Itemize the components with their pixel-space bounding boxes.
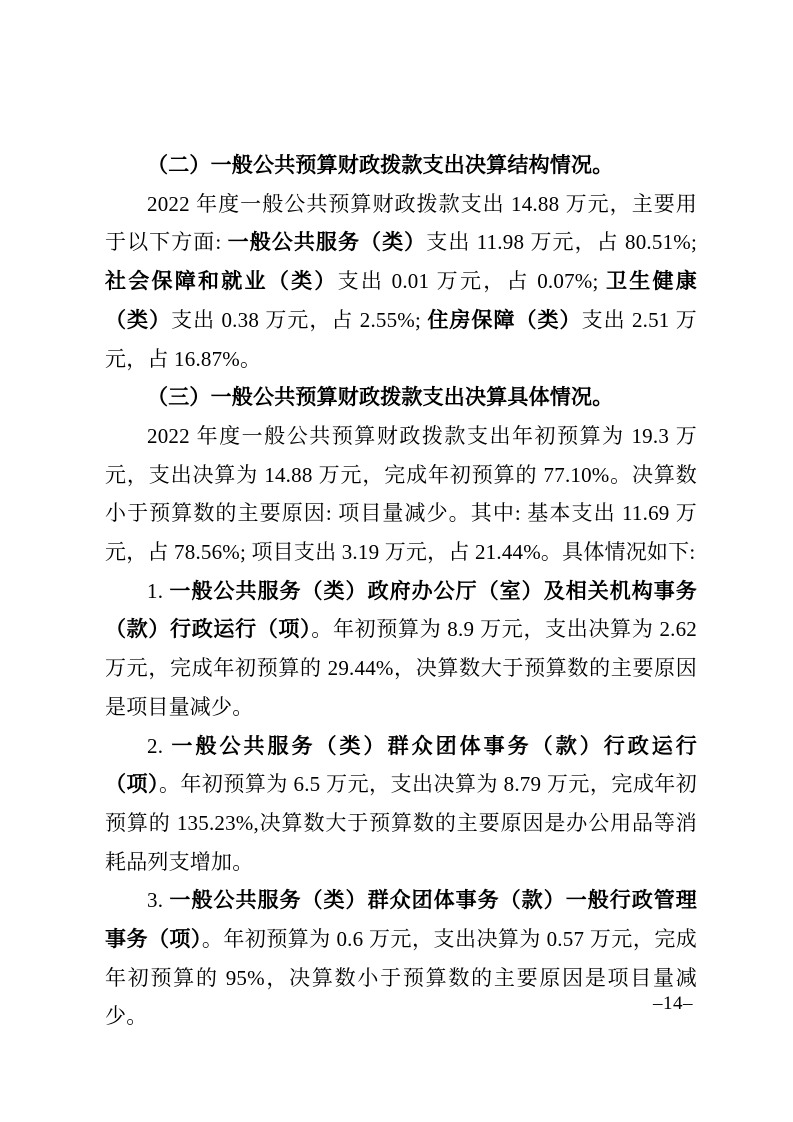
page-number: –14– — [653, 993, 693, 1015]
paragraph: 2022 年度一般公共预算财政拨款支出 14.88 万元，主要用于以下方面: 一… — [105, 185, 697, 379]
body-text: 支出 0.38 万元，占 2.55%; — [171, 308, 427, 332]
body-text: 2. — [147, 734, 171, 758]
section-heading: （二）一般公共预算财政拨款支出决算结构情况。 — [105, 146, 697, 185]
emphasis-text: （二）一般公共预算财政拨款支出决算结构情况。 — [147, 153, 613, 177]
body-text: 支出 11.98 万元，占 80.51%; — [426, 230, 697, 254]
emphasis-text: 社会保障和就业（类） — [105, 269, 338, 293]
body-text: 2022 年度一般公共预算财政拨款支出年初预算为 19.3 万元，支出决算为 1… — [105, 424, 697, 564]
paragraph: 2022 年度一般公共预算财政拨款支出年初预算为 19.3 万元，支出决算为 1… — [105, 417, 697, 572]
body-text: 。年初预算为 6.5 万元，支出决算为 8.79 万元，完成年初预算的 135.… — [105, 772, 697, 873]
paragraph: 2. 一般公共服务（类）群众团体事务（款）行政运行（项）。年初预算为 6.5 万… — [105, 727, 697, 882]
emphasis-text: （三）一般公共预算财政拨款支出决算具体情况。 — [147, 385, 613, 409]
document-page: （二）一般公共预算财政拨款支出决算结构情况。2022 年度一般公共预算财政拨款支… — [0, 0, 793, 1122]
section-heading: （三）一般公共预算财政拨款支出决算具体情况。 — [105, 378, 697, 417]
body-text: 支出 0.01 万元，占 0.07%; — [338, 269, 606, 293]
paragraph: 3. 一般公共服务（类）群众团体事务（款）一般行政管理事务（项）。年初预算为 0… — [105, 881, 697, 1036]
body-text: 3. — [147, 888, 169, 912]
document-body: （二）一般公共预算财政拨款支出决算结构情况。2022 年度一般公共预算财政拨款支… — [105, 146, 697, 1036]
body-text: 1. — [147, 579, 169, 603]
emphasis-text: 一般公共服务（类） — [228, 230, 427, 254]
paragraph: 1. 一般公共服务（类）政府办公厅（室）及相关机构事务（款）行政运行（项）。年初… — [105, 572, 697, 727]
emphasis-text: 住房保障（类） — [427, 308, 581, 332]
